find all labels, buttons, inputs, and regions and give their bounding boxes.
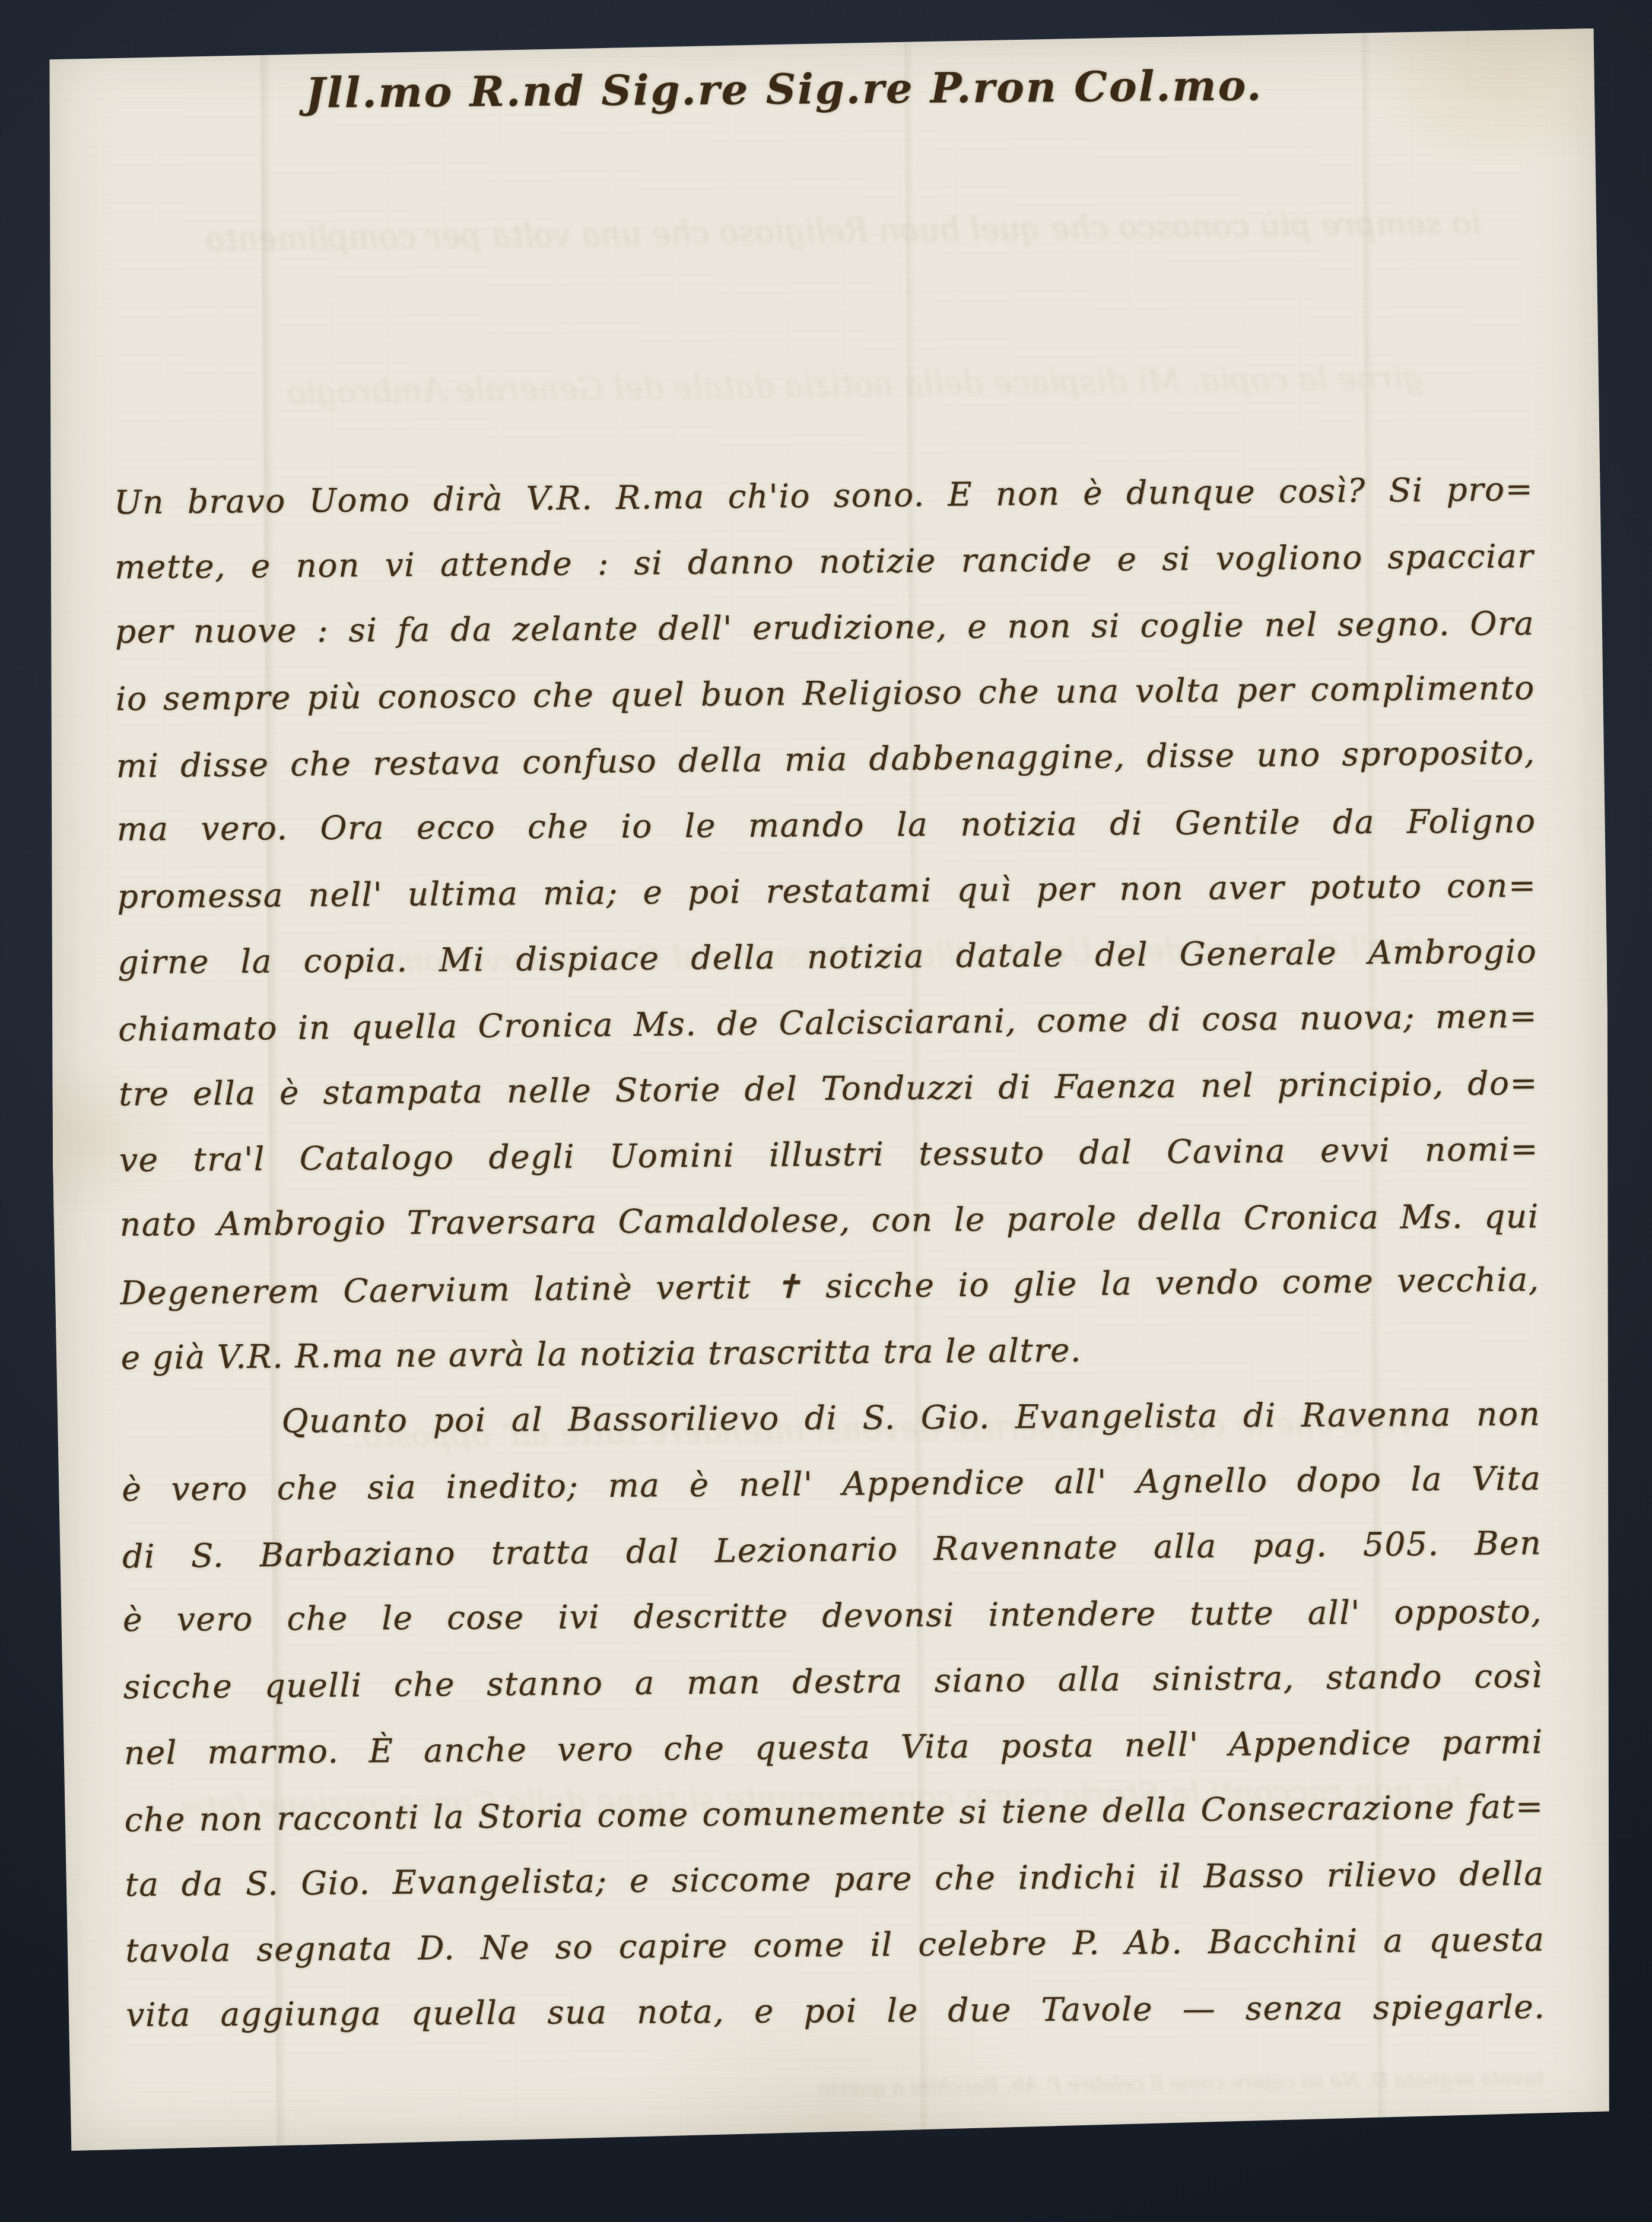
manuscript-line: ma vero. Ora ecco che io le mando la not… xyxy=(116,788,1536,862)
manuscript-line: mi disse che restava confuso della mia d… xyxy=(116,720,1536,799)
photograph-background: io sempre più conosco che quel buon Reli… xyxy=(0,0,1652,2222)
manuscript-line: nato Ambrogio Traversara Camaldolese, co… xyxy=(119,1183,1539,1258)
manuscript-line: Degenerem Caervium latinè vertit ✝ sicch… xyxy=(120,1247,1540,1326)
salutation-line: Jll.mo R.nd Sig.re Sig.re P.ron Col.mo. xyxy=(305,61,1231,118)
letter-paper: io sempre più conosco che quel buon Reli… xyxy=(44,28,1616,2151)
manuscript-line: promessa nell' ultima mia; e poi restata… xyxy=(117,853,1537,930)
show-through-text: io sempre più conosco che quel buon Reli… xyxy=(176,204,1482,259)
manuscript-line: di S. Barbaziano tratta dal Lezionario R… xyxy=(122,1510,1542,1590)
manuscript-line: Un bravo Uomo dirà V.R. R.ma ch'io sono.… xyxy=(114,456,1534,536)
manuscript-line: tre ella è stampata nelle Storie del Ton… xyxy=(119,1050,1539,1128)
manuscript-line: ta da S. Gio. Evangelista; e siccome par… xyxy=(125,1841,1545,1918)
show-through-layer: io sempre più conosco che quel buon Reli… xyxy=(44,28,1600,41)
show-through-text: girne la copia. Mi dispiace della notizi… xyxy=(117,358,1424,413)
manuscript-line: nel marmo. È anche vero che questa Vita … xyxy=(123,1709,1543,1786)
manuscript-line: è vero che le cose ivi descritte devonsi… xyxy=(123,1579,1543,1653)
manuscript-line: girne la copia. Mi dispiace della notizi… xyxy=(117,919,1537,996)
manuscript-line: e già V.R. R.ma ne avrà la notizia trasc… xyxy=(120,1314,1540,1391)
manuscript-line: io sempre più conosco che quel buon Reli… xyxy=(115,655,1535,732)
manuscript-line: vita aggiunga quella sua nota, e poi le … xyxy=(126,1974,1546,2048)
manuscript-line: per nuove : si fa da zelante dell' erudi… xyxy=(115,591,1535,665)
manuscript-line: tavola segnata D. Ne so capire come il c… xyxy=(125,1907,1545,1984)
manuscript-line: che non racconti la Storia come comuneme… xyxy=(124,1774,1544,1853)
manuscript-line: ve tra'l Catalogo degli Uomini illustri … xyxy=(119,1116,1539,1193)
manuscript-line: Quanto poi al Bassorilievo di S. Gio. Ev… xyxy=(121,1381,1541,1455)
manuscript-line: mette, e non vi attende : si danno notiz… xyxy=(115,523,1535,601)
manuscript-line: chiamato in quella Cronica Ms. de Calcis… xyxy=(118,983,1538,1063)
manuscript-line: sicche quelli che stanno a man destra si… xyxy=(123,1643,1543,1721)
manuscript-line: è vero che sia inedito; ma è nell' Appen… xyxy=(122,1446,1542,1523)
manuscript-body: Un bravo Uomo dirà V.R. R.ma ch'io sono.… xyxy=(114,458,1546,2050)
show-through-text: tavola segnata D. Ne so capire come il c… xyxy=(238,2067,1543,2108)
